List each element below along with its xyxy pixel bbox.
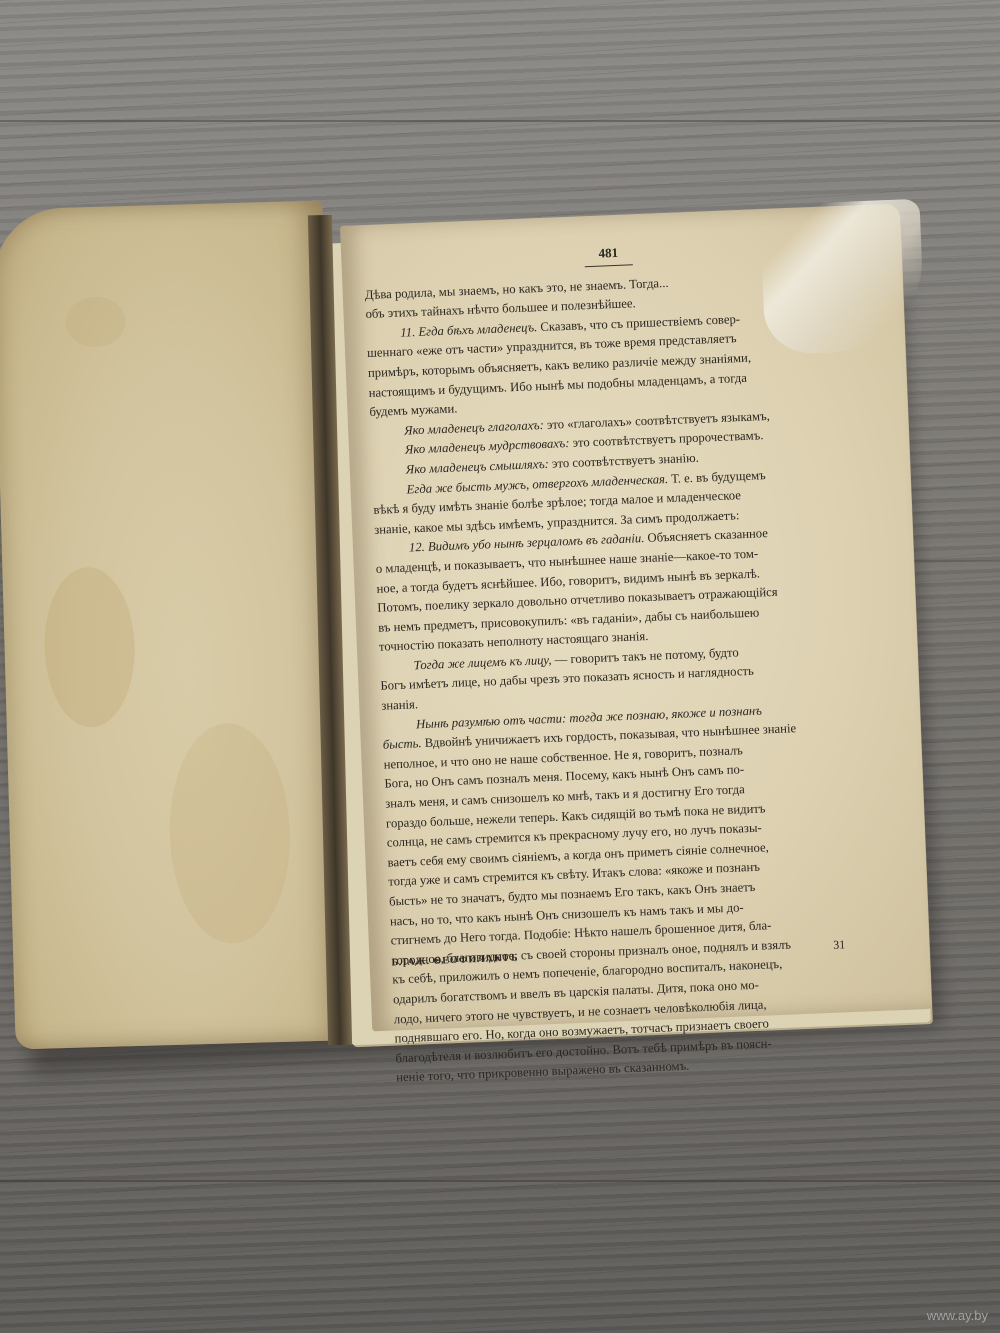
scripture-quote: Яко младенецъ мудрствовахъ: [405,436,570,457]
watermark: www.ay.by [927,1308,988,1323]
line-text: будемъ мужами. [369,402,457,420]
line-text: Объясняетъ сказанное [644,526,768,545]
left-page [0,201,346,1050]
line-text: знанія. [381,697,418,712]
scripture-quote: Тогда же лицемъ къ лицу, [413,653,551,673]
scripture-quote: Яко младенецъ глаголахъ: [404,418,544,438]
sheet-number: 31 [833,937,846,952]
line-text: Т. е. въ будущемъ [668,468,766,486]
scripture-quote: 11. Егда бѣхъ младенецъ. [400,320,537,339]
scripture-quote: бысть. [383,736,422,752]
scripture-quote: Яко младенецъ смышляхъ: [406,457,550,477]
right-page: 481 Дѣва родила, мы знаемъ, но какъ это,… [340,204,932,1032]
line-text: это соотвѣтствуетъ знанію. [549,451,699,471]
